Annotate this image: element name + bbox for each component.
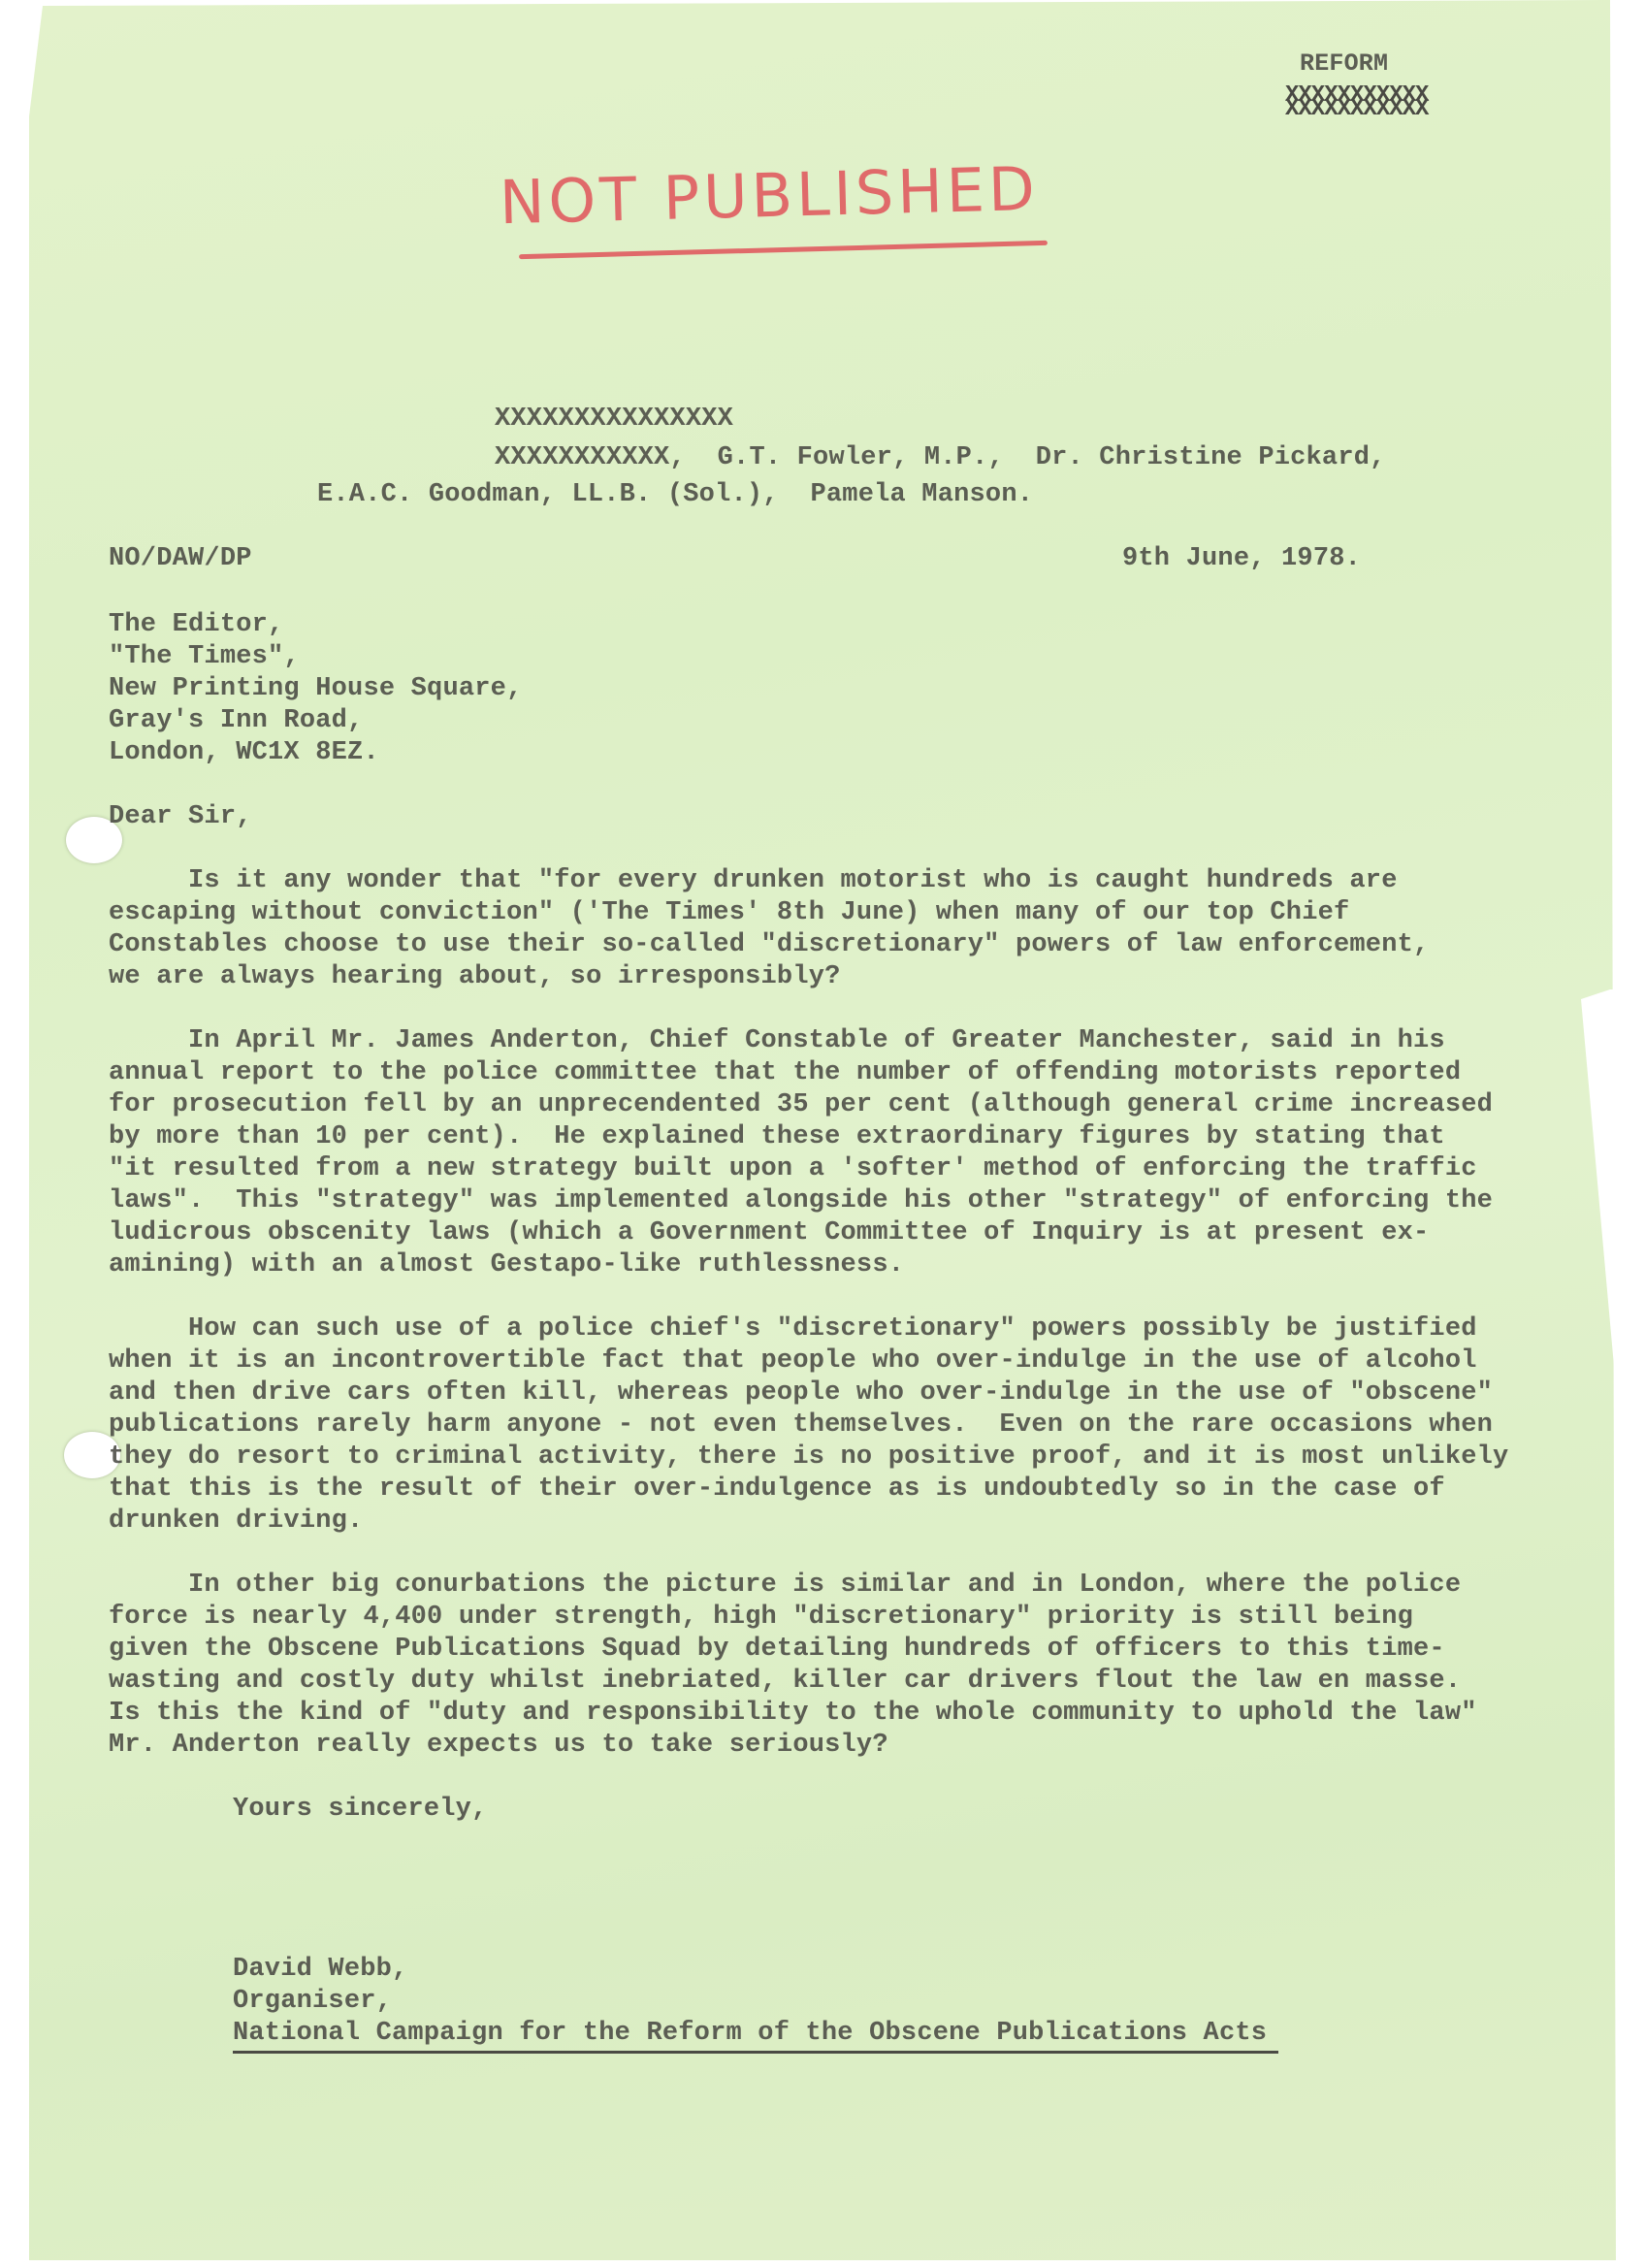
paragraph-line: Constables choose to use their so-called… [109, 929, 1429, 961]
signatory-title: Organiser, [233, 1986, 392, 2018]
paragraph-line: that this is the result of their over-in… [109, 1474, 1445, 1506]
address-line: "The Times", [109, 641, 300, 673]
reference-code: NO/DAW/DP [109, 543, 252, 575]
paragraph-line: In April Mr. James Anderton, Chief Const… [109, 1025, 1445, 1057]
signatory-name: David Webb, [233, 1954, 407, 1986]
letter-date: 9th June, 1978. [1122, 543, 1361, 575]
paragraph-line: annual report to the police committee th… [109, 1057, 1461, 1089]
paragraph-line: "it resulted from a new strategy built u… [109, 1153, 1477, 1185]
paragraph-line: How can such use of a police chief's "di… [109, 1313, 1477, 1345]
address-line: New Printing House Square, [109, 673, 522, 705]
address-line: Gray's Inn Road, [109, 705, 363, 737]
paragraph-line: amining) with an almost Gestapo-like rut… [109, 1249, 904, 1281]
header-reform-label: REFORM [1300, 49, 1388, 81]
struck-out-line: XXXXXXXXXXX [1285, 103, 1428, 116]
paragraph-line: Mr. Anderton really expects us to take s… [109, 1730, 888, 1762]
organisation-name: National Campaign for the Reform of the … [233, 2018, 1267, 2050]
salutation: Dear Sir, [109, 801, 252, 833]
paragraph-line: wasting and costly duty whilst inebriate… [109, 1666, 1461, 1698]
committee-line: E.A.C. Goodman, LL.B. (Sol.), Pamela Man… [317, 479, 1033, 511]
paragraph-line: by more than 10 per cent). He explained … [109, 1121, 1445, 1153]
paragraph-line: given the Obscene Publications Squad by … [109, 1634, 1445, 1666]
committee-line: XXXXXXXXXXXXXXX [495, 404, 733, 436]
paragraph-line: and then drive cars often kill, whereas … [109, 1377, 1493, 1409]
paragraph-line: publications rarely harm anyone - not ev… [109, 1409, 1493, 1442]
paragraph-line: escaping without conviction" ('The Times… [109, 897, 1349, 929]
paragraph-line: for prosecution fell by an unprecendente… [109, 1089, 1493, 1121]
paragraph-line: ludicrous obscenity laws (which a Govern… [109, 1217, 1429, 1249]
organisation-underline [233, 2051, 1278, 2054]
committee-line: XXXXXXXXXXX, G.T. Fowler, M.P., Dr. Chri… [495, 442, 1386, 474]
paragraph-line: they do resort to criminal activity, the… [109, 1442, 1508, 1474]
paragraph-line: Is this the kind of "duty and responsibi… [109, 1698, 1477, 1730]
address-line: London, WC1X 8EZ. [109, 737, 379, 769]
paragraph-line: we are always hearing about, so irrespon… [109, 961, 841, 993]
paragraph-line: force is nearly 4,400 under strength, hi… [109, 1602, 1413, 1634]
closing: Yours sincerely, [233, 1794, 487, 1826]
paragraph-line: Is it any wonder that "for every drunken… [109, 865, 1398, 897]
paragraph-line: laws". This "strategy" was implemented a… [109, 1185, 1493, 1217]
not-published-annotation: NOT PUBLISHED [499, 153, 1040, 239]
paragraph-line: drunken driving. [109, 1506, 363, 1538]
address-line: The Editor, [109, 609, 283, 641]
paragraph-line: when it is an incontrovertible fact that… [109, 1345, 1477, 1377]
paragraph-line: In other big conurbations the picture is… [109, 1570, 1461, 1602]
